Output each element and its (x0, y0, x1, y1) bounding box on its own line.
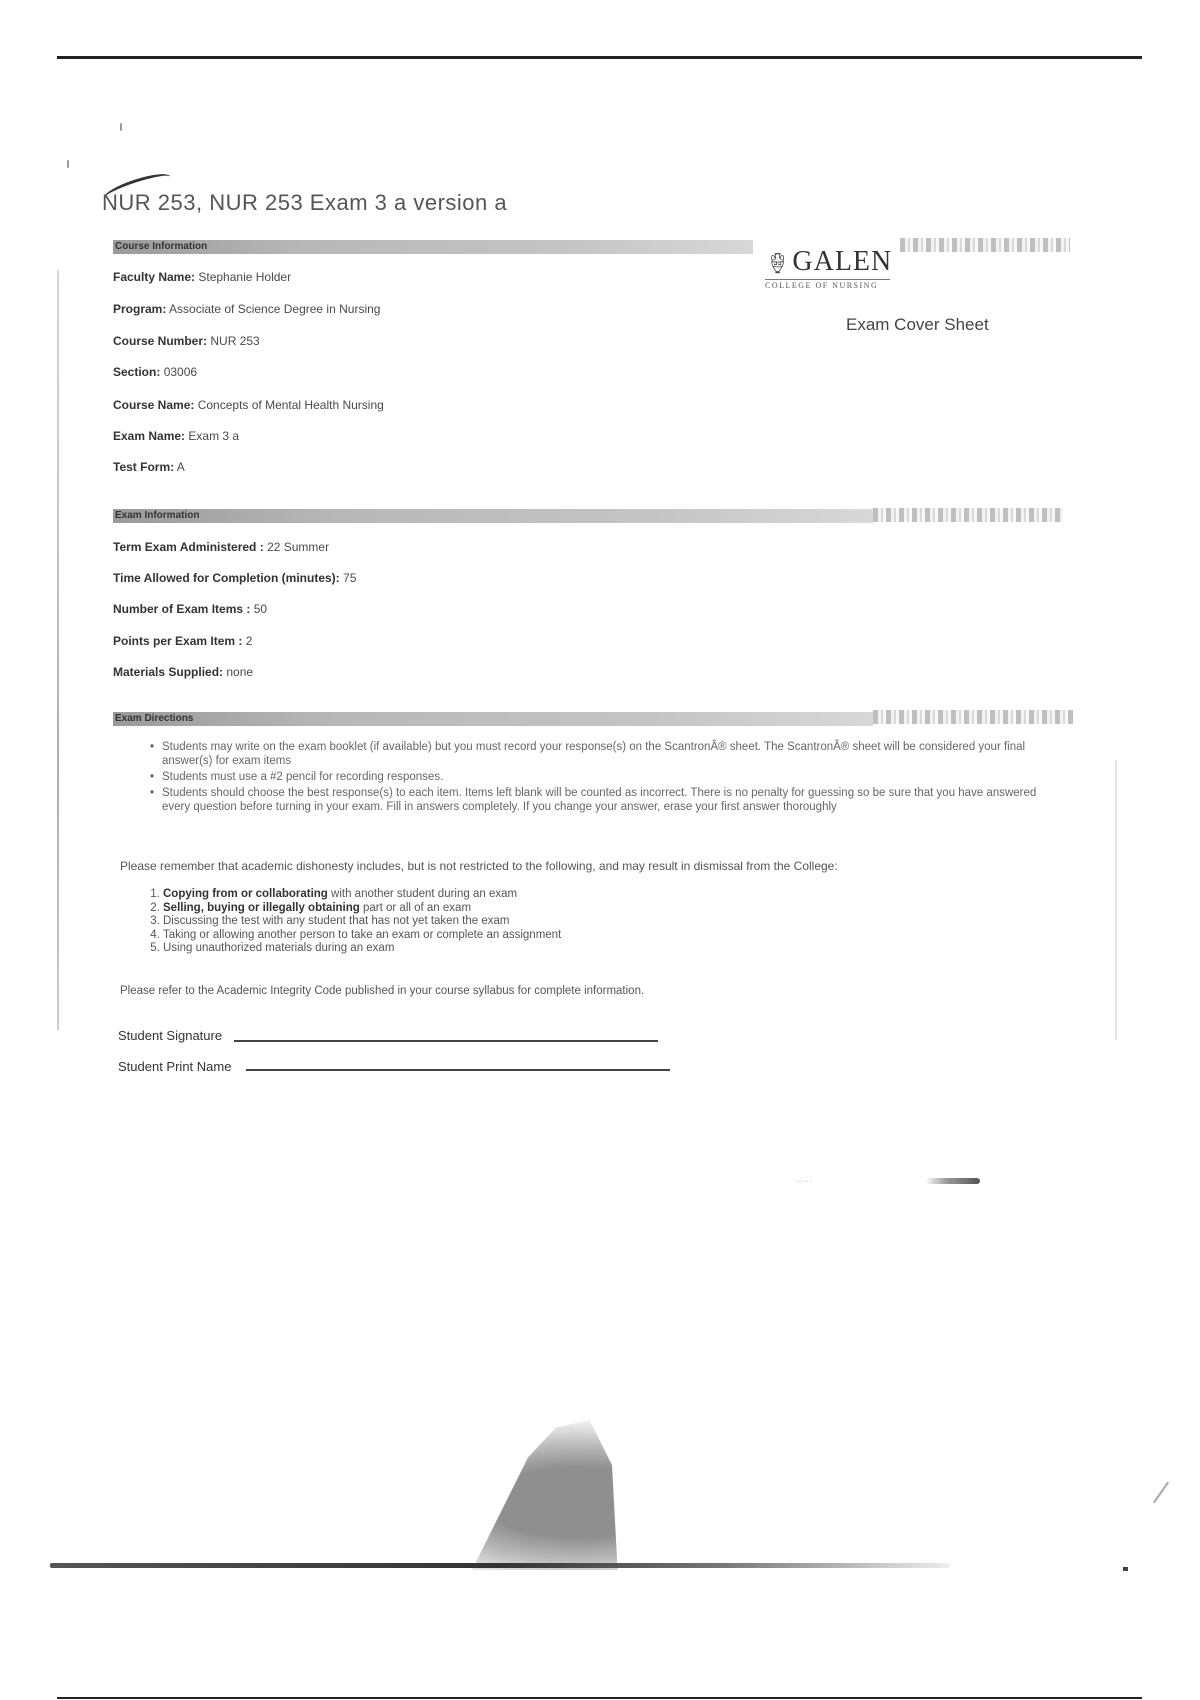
scan-smudge (360, 1420, 640, 1570)
field-term-exam-administered: Term Exam Administered : 22 Summer (113, 540, 329, 554)
faint-stamp-mark (925, 1178, 980, 1184)
field-points-per-item: Points per Exam Item : 2 (113, 634, 252, 648)
page-top-rule (57, 56, 1142, 59)
galen-logo: 🏺︎GALEN COLLEGE OF NURSING (765, 246, 892, 290)
scan-speck (1123, 1567, 1128, 1571)
student-signature-label: Student Signature (118, 1028, 222, 1043)
dishonesty-item: Copying from or collaborating with anoth… (163, 888, 561, 902)
scan-speck (1153, 1482, 1169, 1504)
student-signature-field[interactable] (234, 1040, 658, 1042)
student-print-name-field[interactable] (246, 1069, 670, 1071)
scan-noise-bar (873, 710, 1073, 724)
field-materials-supplied: Materials Supplied: none (113, 665, 253, 679)
exam-directions-list: Students may write on the exam booklet (… (150, 740, 1065, 816)
dishonesty-list: Copying from or collaborating with anoth… (145, 888, 561, 956)
direction-item: Students may write on the exam booklet (… (150, 740, 1065, 768)
direction-item: Students should choose the best response… (150, 786, 1065, 814)
field-time-allowed: Time Allowed for Completion (minutes): 7… (113, 571, 356, 585)
scan-noise-bar (900, 238, 1070, 252)
section-header-exam-directions: Exam Directions (113, 712, 873, 726)
field-exam-name: Exam Name: Exam 3 a (113, 429, 239, 443)
dishonesty-intro: Please remember that academic dishonesty… (120, 859, 838, 873)
dishonesty-item: Taking or allowing another person to tak… (163, 929, 561, 943)
page-bottom-rule (57, 1697, 1142, 1699)
document-title: NUR 253, NUR 253 Exam 3 a version a (102, 190, 507, 216)
integrity-note: Please refer to the Academic Integrity C… (120, 985, 644, 997)
field-number-of-items: Number of Exam Items : 50 (113, 602, 267, 616)
field-program: Program: Associate of Science Degree in … (113, 302, 380, 316)
section-header-exam-information: Exam Information (113, 509, 873, 523)
section-header-label: Exam Information (115, 509, 199, 523)
dishonesty-item: Discussing the test with any student tha… (163, 915, 561, 929)
field-course-name: Course Name: Concepts of Mental Health N… (113, 398, 384, 412)
scan-edge-mark-right (1115, 760, 1117, 1040)
logo-subtitle: COLLEGE OF NURSING (765, 279, 890, 290)
field-section: Section: 03006 (113, 365, 197, 379)
dishonesty-item: Using unauthorized materials during an e… (163, 942, 561, 956)
cover-sheet-title: Exam Cover Sheet (846, 315, 989, 335)
scan-speck (120, 123, 122, 131)
logo-name: GALEN (792, 246, 892, 277)
direction-item: Students must use a #2 pencil for record… (150, 770, 1065, 784)
scan-noise-bar (873, 508, 1063, 522)
section-header-label: Course Information (115, 240, 207, 254)
student-print-name-label: Student Print Name (118, 1059, 231, 1074)
scan-fold-line (50, 1563, 950, 1568)
field-test-form: Test Form: A (113, 460, 185, 474)
lamp-icon: 🏺︎ (765, 253, 790, 275)
field-course-number: Course Number: NUR 253 (113, 334, 260, 348)
scan-speck (67, 160, 69, 168)
section-header-course-information: Course Information (113, 240, 753, 254)
scan-edge-mark (57, 270, 59, 1030)
field-faculty-name: Faculty Name: Stephanie Holder (113, 270, 291, 284)
section-header-label: Exam Directions (115, 712, 193, 726)
dishonesty-item: Selling, buying or illegally obtaining p… (163, 902, 561, 916)
faint-stamp-mark: ∙∙∙∙∙∙ (795, 1178, 813, 1185)
